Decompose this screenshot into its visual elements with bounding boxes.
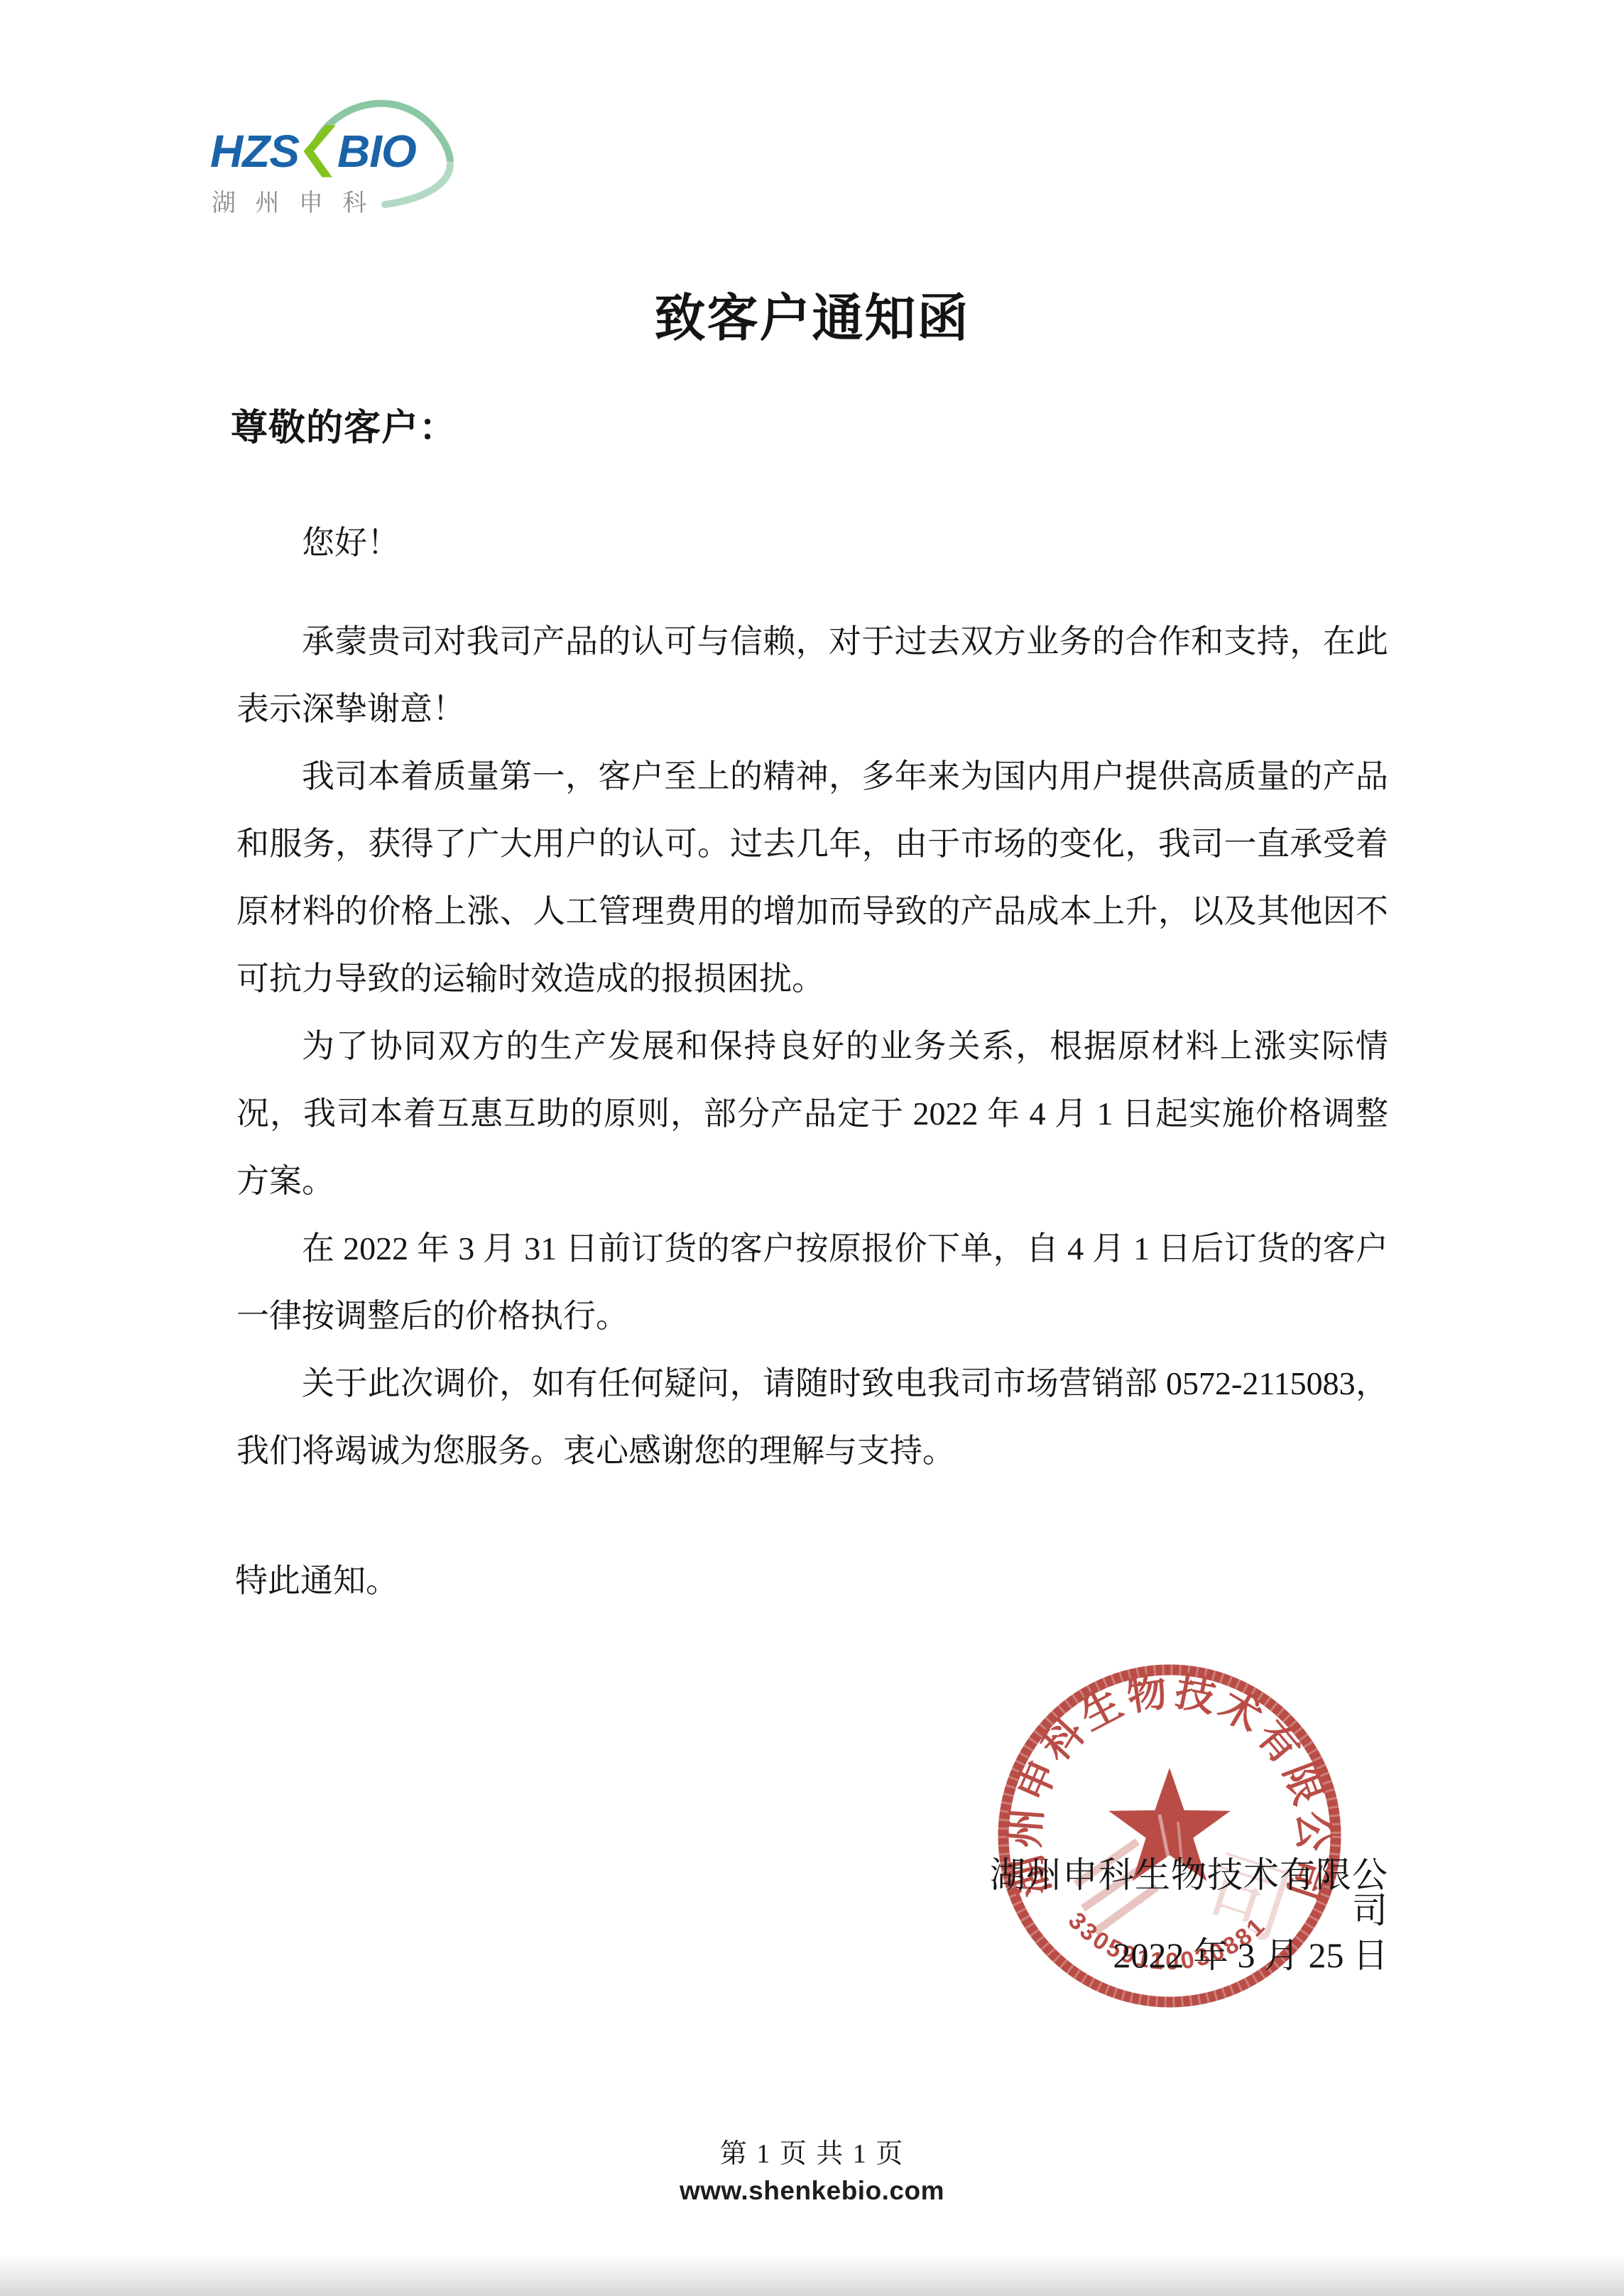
salutation: 尊敬的客户： (231, 398, 457, 451)
logo-subtext: 湖 州 申 科 (212, 183, 373, 218)
logo-text-bio: BIO (337, 129, 416, 174)
paragraph: 承蒙贵司对我司产品的认可与信赖，对于过去双方业务的合作和支持，在此表示深挚谢意！ (236, 608, 1388, 743)
signature-date: 2022 年 3 月 25 日 (980, 1937, 1388, 1973)
logo-text-hzs: HZS (210, 129, 299, 174)
body-text: 承蒙贵司对我司产品的认可与信赖，对于过去双方业务的合作和支持，在此表示深挚谢意！… (236, 608, 1388, 1485)
page-number: 第 1 页 共 1 页 (0, 2131, 1624, 2170)
signature-block: 湖州申科生物技术有限公司 2022 年 3 月 25 日 (980, 1857, 1388, 1973)
company-logo: HZS BIO 湖 州 申 科 (210, 97, 463, 219)
website-url: www.shenkebio.com (0, 2176, 1624, 2206)
logo-wordmark: HZS BIO (210, 121, 416, 182)
page-title: 致客户通知函 (0, 277, 1624, 351)
logo-chevron-icon (300, 121, 336, 182)
signature-company: 湖州申科生物技术有限公司 (980, 1857, 1388, 1928)
page-footer: 第 1 页 共 1 页 www.shenkebio.com (0, 2131, 1624, 2206)
paragraph: 关于此次调价，如有任何疑问，请随时致电我司市场营销部 0572-2115083，… (236, 1350, 1388, 1485)
paragraph: 我司本着质量第一，客户至上的精神，多年来为国内用户提供高质量的产品和服务，获得了… (236, 743, 1388, 1012)
document-page: HZS BIO 湖 州 申 科 致客户通知函 尊敬的客户： 您好！ 承蒙贵司对我… (0, 0, 1624, 2296)
paragraph: 在 2022 年 3 月 31 日前订货的客户按原报价下单，自 4 月 1 日后… (236, 1215, 1388, 1350)
closing: 特此通知。 (235, 1555, 398, 1602)
greeting: 您好！ (236, 517, 400, 564)
scan-artifact (0, 2255, 1624, 2296)
paragraph: 为了协同双方的生产发展和保持良好的业务关系，根据原材料上涨实际情况，我司本着互惠… (236, 1012, 1388, 1215)
